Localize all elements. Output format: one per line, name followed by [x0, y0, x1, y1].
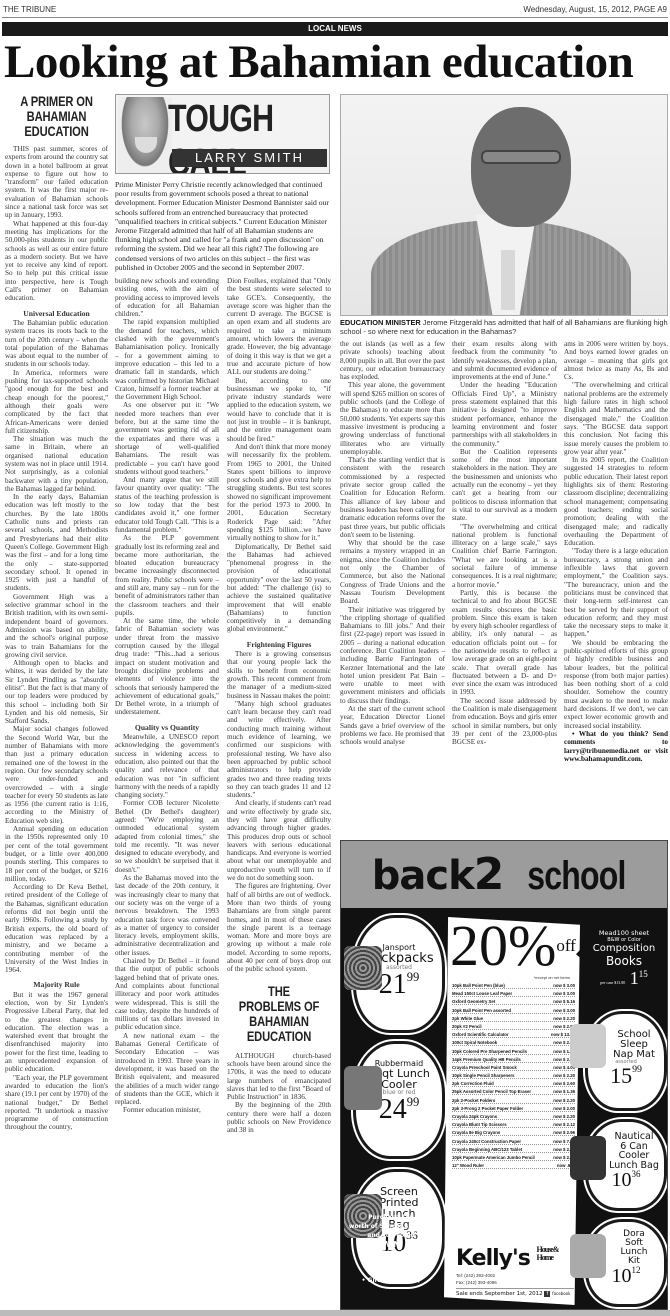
back-to-school-ad[interactable]: back2 school SALE Jansport Backpacks ass… — [340, 840, 668, 1310]
price-list-item: 10pk Single Pencil Sharpenersnow $ 2.20 — [452, 1073, 575, 1079]
paragraph: What happened at this four-day meeting h… — [5, 220, 108, 303]
masthead: THE TRIBUNE Wednesday, August, 15, 2012,… — [0, 0, 670, 18]
paragraph: "Many high school graduates can't learn … — [227, 700, 331, 800]
price-list-item: Mead 150ct Loose Leaf Papernow $ 3.00 — [452, 991, 575, 997]
composition-books-offer: Mead100 sheet B&W or Color Composition B… — [576, 911, 668, 1007]
cooler-image — [344, 1066, 382, 1110]
intro-deck: Prime Minister Perry Christie recently a… — [115, 180, 330, 272]
paragraph: And don't think that more money will nec… — [227, 443, 331, 543]
paragraph: THIS past summer, scores of experts from… — [5, 145, 108, 220]
paragraph: In its 2005 report, the Coalition sugges… — [564, 456, 668, 547]
paragraph: their exam results along with feedback f… — [452, 340, 557, 381]
paragraph: ALTHOUGH church-based schools have been … — [227, 1052, 331, 1102]
price-list-item: Crayola 8e Big Crayonsnow $ 2.96 — [452, 1130, 575, 1136]
banner-school: school — [528, 843, 626, 910]
paragraph: Major social changes followed the Second… — [5, 725, 108, 825]
column-3: Dion Foulkes, explained that "Only the b… — [227, 277, 331, 1135]
price-list-item: 2pk White Gluenow $ 2.20 — [452, 1016, 575, 1022]
paragraph: As one observer put it: "We needed more … — [115, 401, 219, 476]
sweepstakes-offer: Purchase $50 worth of School Supplies an… — [341, 1213, 441, 1285]
backpack-image — [344, 946, 382, 990]
paragraph: We should be embracing the public-spirit… — [564, 639, 668, 730]
paragraph: ams in 2006 were written by boys. And bo… — [564, 340, 668, 381]
paragraph: And many argue that we still favour quan… — [115, 476, 219, 534]
columnist-photo — [118, 97, 172, 173]
price-list-item: 14pk Premium Quality HB Pencilsnow $ 2.0… — [452, 1057, 575, 1063]
store-phone: Tel: (242) 393-4002 — [456, 1273, 574, 1278]
prize: • $250 Kelly's — [341, 1249, 441, 1258]
paragraph: Their initiative was triggered by "the c… — [340, 606, 445, 706]
price-dollars: 24 — [379, 1094, 407, 1125]
facebook-icon: f — [544, 1291, 550, 1297]
paragraph: At the start of the current school year,… — [340, 705, 445, 746]
apple-dora-lunch-kit: Dora Soft Lunch Kit 1012 — [585, 1219, 667, 1307]
offer-name-2: Books — [576, 954, 668, 968]
ad-banner: back2 school SALE — [341, 841, 668, 908]
price-list-item: Crayola 240ct Construction Papernow $ 7.… — [452, 1139, 575, 1145]
price-list-item: 10pk Ball Point Pen assortednow $ 3.00 — [452, 1008, 575, 1014]
price-cents: 99 — [407, 1095, 420, 1109]
win-label: WIN — [341, 1240, 441, 1249]
paragraph: The situation was much the same in Brita… — [5, 435, 108, 493]
page-footer-bar — [0, 1310, 670, 1316]
price-list-item: 10pk Colored Pre Sharpened Pencilsnow $ … — [452, 1049, 575, 1055]
column-6: ams in 2006 were written by boys. And bo… — [564, 340, 668, 763]
price-list-item: 2pk 3-Prong 2 Pocket Paper Foldernow $ 2… — [452, 1106, 575, 1112]
paragraph: Why that should be the case remains a my… — [340, 539, 445, 605]
paragraph: Former education minister, — [115, 1106, 219, 1114]
paragraph: Meanwhile, a UNESCO report acknowledging… — [115, 733, 219, 799]
banner-back: back — [372, 853, 474, 899]
win-line: and you could — [341, 1231, 441, 1240]
price-list-item: Crayola Blunt Tip Scissorsnow $ 2.12 — [452, 1122, 575, 1128]
price-list-item: 25pk Assorted Color Pencil Top Erasernow… — [452, 1089, 575, 1095]
offer-line: Mead100 sheet — [576, 929, 668, 937]
price-list-item: Oxford Geometry Setnow $ 5.16 — [452, 999, 575, 1005]
price-list-item: Oxford Scientific Calculatornow $ 13.19 — [452, 1032, 575, 1038]
paper-name: THE TRIBUNE — [3, 5, 56, 14]
price-list-item: Crayola 24pk Crayonsnow $ 2.20 — [452, 1114, 575, 1120]
subhead-quality-vs-quantity: Quality vs Quantity — [115, 724, 219, 732]
prize: • 24" Bike — [341, 1267, 441, 1276]
paragraph: Annual spending on education in the 1950… — [5, 825, 108, 883]
paragraph: At the same time, the whole fabric of Ba… — [115, 617, 219, 717]
sale-end-date: Sale ends September 1st, 2012 f facebook — [456, 1288, 574, 1297]
prize: Gift Cards (2) — [341, 1258, 441, 1267]
win-line: Purchase $50 — [341, 1213, 441, 1222]
store-fax: Fax: (242) 393-4096 — [456, 1280, 574, 1285]
price-list-panel: 20%off *except on net items 10pk Ball Po… — [444, 917, 580, 1305]
paragraph: By the beginning of the 20th century the… — [227, 1101, 331, 1134]
price-list-item: 2pk 2-Pocket Foldersnow $ 2.20 — [452, 1098, 575, 1104]
price-list-item: 20pk #2 Pencilnow $ 2.52 — [452, 1024, 575, 1030]
column-1: A PRIMER ON BAHAMIAN EDUCATION THIS past… — [5, 94, 108, 1132]
minister-photo — [340, 94, 668, 316]
paragraph: the out islands (as well as a few privat… — [340, 340, 445, 381]
price-list-item: 12" Wood Rulernow .63¢ — [452, 1163, 575, 1169]
price-list-item: 2pk Correction Fluidnow $ 2.60 — [452, 1081, 575, 1087]
paragraph: In the early days, Bahamian education wa… — [5, 493, 108, 593]
paragraph: building new schools and extending exist… — [115, 277, 219, 318]
paragraph: But, according to one businessman we spo… — [227, 377, 331, 443]
subhead-majority-rule: Majority Rule — [5, 981, 108, 989]
offer-name: Composition — [576, 943, 668, 954]
price-list-item: Crayola Preschool Paint Smocknow $ 4.00 — [452, 1065, 575, 1071]
paragraph: Government High was a selective grammar … — [5, 593, 108, 659]
masthead-rule — [2, 17, 668, 18]
columnist-name: LARRY SMITH — [172, 149, 327, 167]
dora-lunch-kit-image — [570, 1234, 606, 1278]
paragraph: There is a growing consensus that our yo… — [227, 650, 331, 700]
paragraph: "Today there is a large education bureau… — [564, 547, 668, 638]
price-list-item: 10pk Ball Point Pen (blue)now $ 3.00 — [452, 983, 575, 989]
store-block: Kelly's House&Home Tel: (242) 393-4002 F… — [456, 1246, 574, 1297]
paragraph: The second issue addressed by the Coalit… — [452, 697, 557, 747]
paragraph: A new national exam – the Bahamas Genera… — [115, 1032, 219, 1107]
paragraph: "The overwhelming and critical national … — [452, 523, 557, 589]
paragraph: The figures are frightening. Over half o… — [227, 882, 331, 973]
column-4: the out islands (as well as a few privat… — [340, 340, 445, 747]
off-label: off — [556, 936, 576, 955]
paragraph: This year alone, the government will spe… — [340, 381, 445, 456]
paragraph: Under the heading "Education Officials F… — [452, 381, 557, 447]
paragraph: The Bahamian public education system tra… — [5, 319, 108, 369]
apple-nautical-cooler: Nautical 6 Can Cooler Lunch Bag 1036 — [585, 1119, 667, 1211]
problems-kicker: THE PROBLEMS OF BAHAMIAN EDUCATION — [237, 984, 320, 1044]
paragraph: In America, reformers were pushing for t… — [5, 369, 108, 435]
paragraph: As the Bahamas moved into the last decad… — [115, 874, 219, 957]
apple-lunch-cooler: Rubbermaid 10qt Lunch Cooler blue or red… — [353, 1041, 445, 1159]
paragraph: Dion Foulkes, explained that "Only the b… — [227, 277, 331, 377]
banner-two: 2 — [474, 849, 503, 900]
price-dollars: 21 — [379, 969, 407, 1000]
page-headline: Looking at Bahamian education — [4, 34, 666, 90]
photo-caption: EDUCATION MINISTER Jerome Fitzgerald has… — [340, 318, 668, 336]
tough-call-logo: TOUGH CALL LARRY SMITH — [115, 94, 330, 174]
contact-signoff[interactable]: • What do you think? Send comments to la… — [564, 730, 668, 763]
paragraph: According to Dr Keva Bethel, retired pre… — [5, 883, 108, 974]
paragraph: Chaired by Dr Bethel – it found that the… — [115, 957, 219, 1032]
paragraph: Although open to blacks and whites, it w… — [5, 659, 108, 725]
paragraph: Diplomatically, Dr Bethel said the Baham… — [227, 543, 331, 634]
column-5: their exam results along with feedback f… — [452, 340, 557, 747]
paragraph: As the PLP government gradually lost its… — [115, 534, 219, 617]
price-cents: 99 — [407, 970, 420, 984]
subhead-universal-education: Universal Education — [5, 310, 108, 318]
price-list: 10pk Ball Point Pen (blue)now $ 3.00 Mea… — [452, 983, 575, 1169]
paragraph: The rapid expansion multiplied the deman… — [115, 318, 219, 401]
paragraph: And clearly, if students can't read and … — [227, 799, 331, 882]
paragraph: Former COB lecturer Nicolette Bethel (Dr… — [115, 799, 219, 874]
paragraph: "Each year, the PLP government awarded t… — [5, 1074, 108, 1132]
discount-percent: 20%off — [450, 917, 580, 975]
dateline: Wednesday, August, 15, 2012, PAGE A9 — [523, 5, 667, 14]
apple-nap-mat: School Sleep Nap Mat assorted 1599 — [585, 1011, 667, 1111]
price-list-item: Crayola Beginning ABC/123 Tabletnow $ 2.… — [452, 1147, 575, 1153]
cooler-bag-image — [570, 1136, 606, 1180]
prize: • Gift Baskets (2) — [341, 1276, 441, 1285]
paragraph: But it was the 1967 general election, wo… — [5, 991, 108, 1074]
apple-backpacks: Jansport Backpacks assorted 2199 — [353, 915, 445, 1033]
store-logo: Kelly's House&Home — [456, 1246, 574, 1271]
primer-kicker: A PRIMER ON BAHAMIAN EDUCATION — [15, 94, 97, 139]
price-list-item: 10pk Papermate American Jumbo Pencilnow … — [452, 1155, 575, 1161]
win-line: worth of School Supplies — [341, 1222, 441, 1231]
caption-lead: EDUCATION MINISTER — [340, 318, 421, 327]
subhead-frightening-figures: Frightening Figures — [227, 641, 331, 649]
paragraph: Partly, this is because the technical to… — [452, 589, 557, 697]
price-list-item: 100ct Spiral Notebooknow $ 2.28 — [452, 1040, 575, 1046]
percent-value: 20% — [450, 913, 556, 978]
nap-mat-image — [570, 1024, 606, 1068]
column-2: building new schools and extending exist… — [115, 277, 219, 1115]
paragraph: But the Coalition represents some of the… — [452, 448, 557, 523]
paragraph: "The overwhelming and critical national … — [564, 381, 668, 456]
paragraph: That's the startling verdict that is con… — [340, 456, 445, 539]
